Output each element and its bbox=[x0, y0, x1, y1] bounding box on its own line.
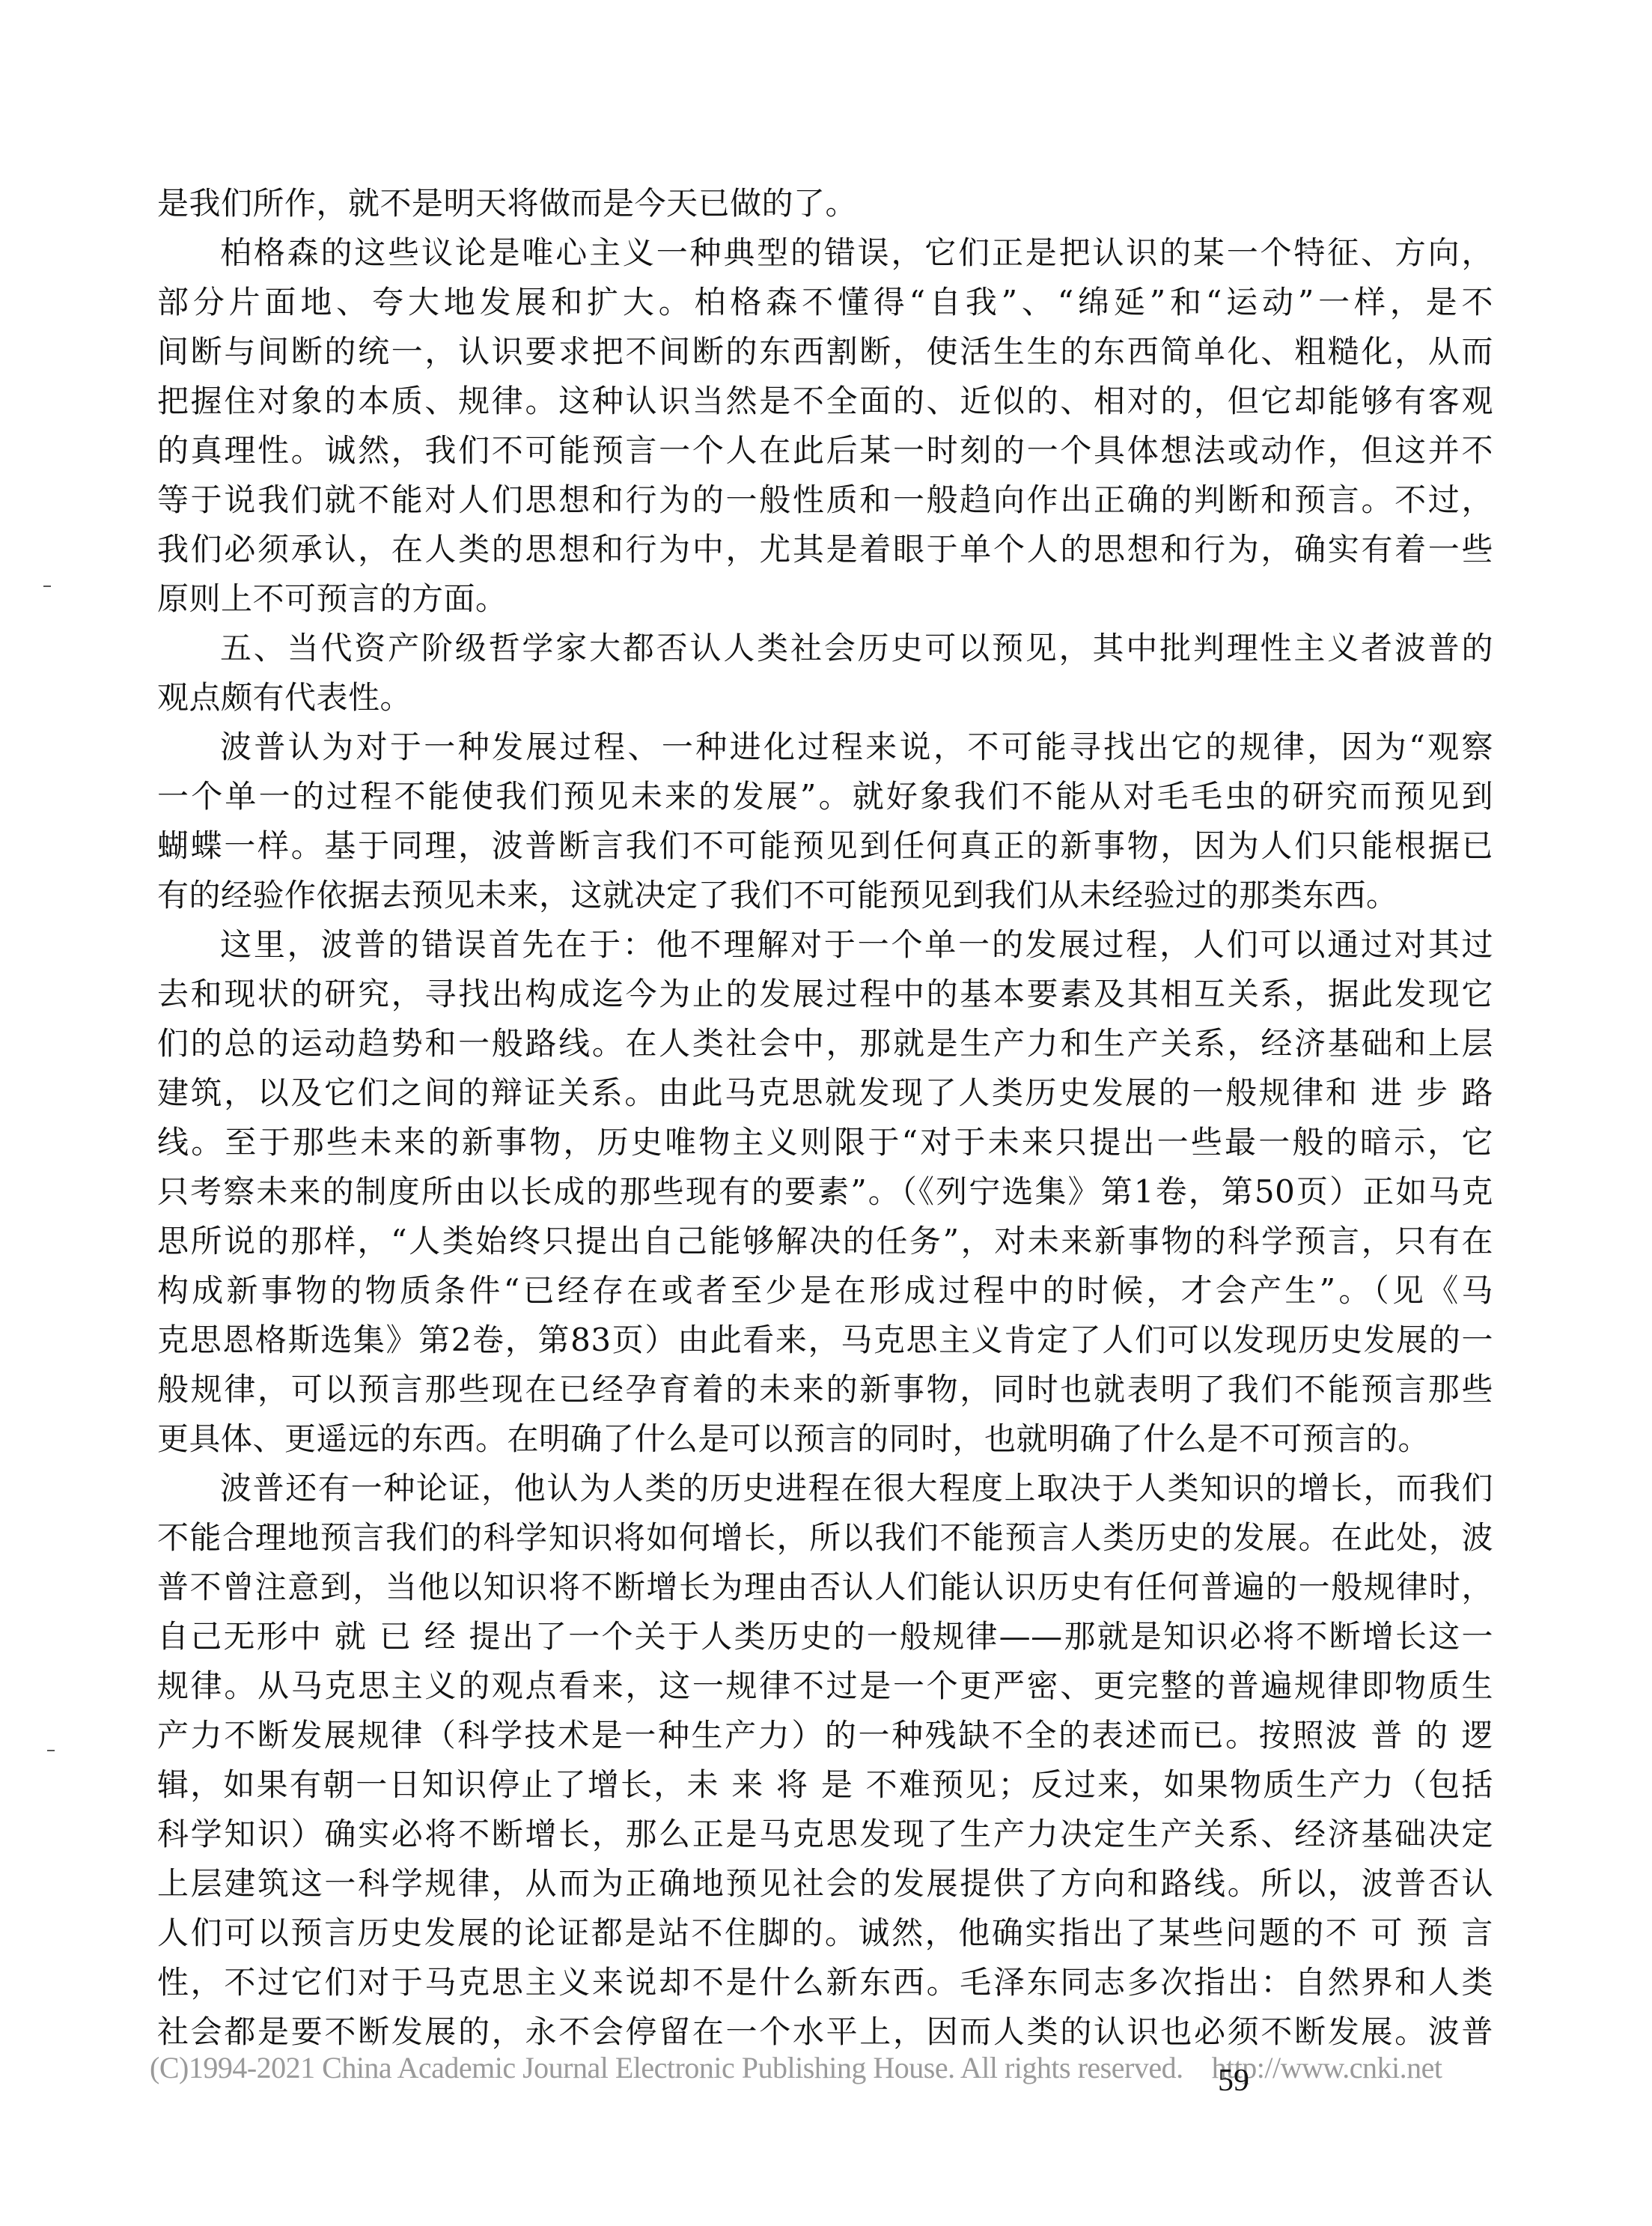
text-line: 辑，如果有朝一日知识停止了增长，未 来 将 是 不难预见；反过来，如果物质生产力… bbox=[157, 1761, 1493, 1809]
page-number: 59 bbox=[1218, 2063, 1249, 2099]
text-line: 线。至于那些未来的新事物，历史唯物主义则限于“对于未来只提出一些最一般的暗示，它 bbox=[157, 1119, 1493, 1167]
text-line: 规律。从马克思主义的观点看来，这一规律不过是一个更严密、更完整的普遍规律即物质生 bbox=[157, 1662, 1493, 1710]
text-line: 思所说的那样，“人类始终只提出自己能够解决的任务”，对未来新事物的科学预言，只有… bbox=[157, 1217, 1493, 1265]
text-line: 观点颇有代表性。 bbox=[157, 674, 1493, 722]
text-line: 人们可以预言历史发展的论证都是站不住脚的。诚然，他确实指出了某些问题的不 可 预… bbox=[157, 1909, 1493, 1957]
text-line: 我们必须承认，在人类的思想和行为中，尤其是着眼于单个人的思想和行为，确实有着一些 bbox=[157, 526, 1493, 574]
text-line: 构成新事物的物质条件“已经存在或者至少是在形成过程中的时候，才会产生”。（见《马 bbox=[157, 1267, 1493, 1315]
text-line: 五、当代资产阶级哲学家大都否认人类社会历史可以预见，其中批判理性主义者波普的 bbox=[157, 624, 1493, 672]
copyright-text: (C)1994-2021 China Academic Journal Elec… bbox=[150, 2051, 1183, 2084]
footer-copyright: (C)1994-2021 China Academic Journal Elec… bbox=[150, 2050, 1652, 2085]
text-line: 科学知识）确实必将不断增长，那么正是马克思发现了生产力决定生产关系、经济基础决定 bbox=[157, 1810, 1493, 1858]
text-line: 产力不断发展规律（科学技术是一种生产力）的一种残缺不全的表述而已。按照波 普 的… bbox=[157, 1712, 1493, 1760]
paragraph: 波普认为对于一种发展过程、一种进化过程来说，不可能寻找出它的规律，因为“观察一个… bbox=[157, 723, 1493, 919]
text-line: 社会都是要不断发展的，永不会停留在一个水平上，因而人类的认识也必须不断发展。波普 bbox=[157, 2008, 1493, 2056]
text-line: 上层建筑这一科学规律，从而为正确地预见社会的发展提供了方向和路线。所以，波普否认 bbox=[157, 1860, 1493, 1908]
text-line: 克思恩格斯选集》第2卷，第83页）由此看来，马克思主义肯定了人们可以发现历史发展… bbox=[157, 1316, 1493, 1364]
paragraph: 是我们所作，就不是明天将做而是今天已做的了。 bbox=[157, 180, 1493, 228]
text-line: 这里，波普的错误首先在于：他不理解对于一个单一的发展过程，人们可以通过对其过 bbox=[157, 921, 1493, 969]
text-line: 原则上不可预言的方面。 bbox=[157, 575, 1493, 623]
text-line: 的真理性。诚然，我们不可能预言一个人在此后某一时刻的一个具体想法或动作，但这并不 bbox=[157, 427, 1493, 475]
document-body: 是我们所作，就不是明天将做而是今天已做的了。柏格森的这些议论是唯心主义一种典型的… bbox=[157, 180, 1493, 2058]
text-line: 间断与间断的统一，认识要求把不间断的东西割断，使活生生的东西简单化、粗糙化，从而 bbox=[157, 328, 1493, 376]
text-line: 们的总的运动趋势和一般路线。在人类社会中，那就是生产力和生产关系，经济基础和上层 bbox=[157, 1020, 1493, 1068]
text-line: 是我们所作，就不是明天将做而是今天已做的了。 bbox=[157, 180, 1493, 228]
text-line: 性，不过它们对于马克思主义来说却不是什么新东西。毛泽东同志多次指出：自然界和人类 bbox=[157, 1959, 1493, 2007]
text-line: 建筑，以及它们之间的辩证关系。由此马克思就发现了人类历史发展的一般规律和 进 步… bbox=[157, 1069, 1493, 1117]
paragraph: 这里，波普的错误首先在于：他不理解对于一个单一的发展过程，人们可以通过对其过去和… bbox=[157, 921, 1493, 1463]
text-line: 般规律，可以预言那些现在已经孕育着的未来的新事物，同时也就表明了我们不能预言那些 bbox=[157, 1366, 1493, 1414]
text-line: 部分片面地、夸大地发展和扩大。柏格森不懂得“自我”、“绵延”和“运动”一样，是不 bbox=[157, 279, 1493, 326]
text-line: 等于说我们就不能对人们思想和行为的一般性质和一般趋向作出正确的判断和预言。不过， bbox=[157, 476, 1493, 524]
text-line: 波普认为对于一种发展过程、一种进化过程来说，不可能寻找出它的规律，因为“观察 bbox=[157, 723, 1493, 771]
text-line: 只考察未来的制度所由以长成的那些现有的要素”。（《列宁选集》第1卷，第50页）正… bbox=[157, 1168, 1493, 1216]
margin-mark bbox=[47, 1750, 55, 1751]
paragraph: 波普还有一种论证，他认为人类的历史进程在很大程度上取决于人类知识的增长，而我们不… bbox=[157, 1465, 1493, 2056]
text-line: 去和现状的研究，寻找出构成迄今为止的发展过程中的基本要素及其相互关系，据此发现它 bbox=[157, 970, 1493, 1018]
paragraph: 五、当代资产阶级哲学家大都否认人类社会历史可以预见，其中批判理性主义者波普的观点… bbox=[157, 624, 1493, 722]
text-line: 有的经验作依据去预见未来，这就决定了我们不可能预见到我们从未经验过的那类东西。 bbox=[157, 872, 1493, 919]
text-line: 蝴蝶一样。基于同理，波普断言我们不可能预见到任何真正的新事物，因为人们只能根据已 bbox=[157, 822, 1493, 870]
text-line: 一个单一的过程不能使我们预见未来的发展”。就好象我们不能从对毛毛虫的研究而预见到 bbox=[157, 773, 1493, 821]
paragraph: 柏格森的这些议论是唯心主义一种典型的错误，它们正是把认识的某一个特征、方向，部分… bbox=[157, 229, 1493, 623]
text-line: 普不曾注意到，当他以知识将不断增长为理由否认人们能认识历史有任何普遍的一般规律时… bbox=[157, 1563, 1493, 1611]
text-line: 柏格森的这些议论是唯心主义一种典型的错误，它们正是把认识的某一个特征、方向， bbox=[157, 229, 1493, 277]
text-line: 波普还有一种论证，他认为人类的历史进程在很大程度上取决于人类知识的增长，而我们 bbox=[157, 1465, 1493, 1512]
text-line: 自己无形中 就 已 经 提出了一个关于人类历史的一般规律——那就是知识必将不断增… bbox=[157, 1613, 1493, 1661]
text-line: 不能合理地预言我们的科学知识将如何增长，所以我们不能预言人类历史的发展。在此处，… bbox=[157, 1514, 1493, 1562]
margin-mark bbox=[43, 586, 51, 587]
text-line: 更具体、更遥远的东西。在明确了什么是可以预言的同时，也就明确了什么是不可预言的。 bbox=[157, 1415, 1493, 1463]
text-line: 把握住对象的本质、规律。这种认识当然是不全面的、近似的、相对的，但它却能够有客观 bbox=[157, 377, 1493, 425]
